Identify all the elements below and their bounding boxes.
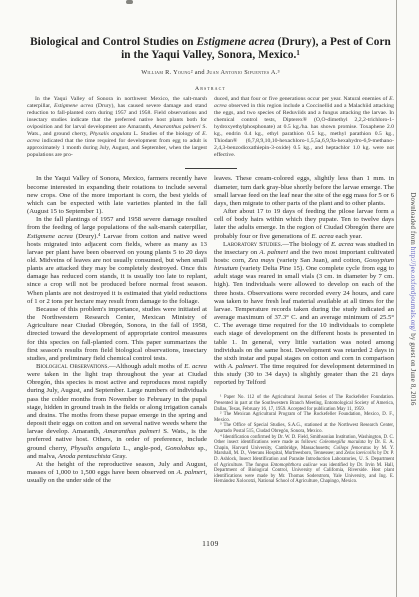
body-paragraph: Because of this problem's importance, st… — [27, 306, 207, 363]
body-column-left: In the Yaqui Valley of Sonora, Mexico, f… — [27, 175, 207, 485]
body-paragraph: After about 17 to 19 days of feeding the… — [214, 208, 394, 241]
author-line: William R. Young² and Juan Antonio Sifue… — [27, 69, 394, 76]
abstract-heading: Abstract — [27, 86, 394, 92]
download-provenance-note: Downloaded from http://jee.oxfordjournal… — [409, 192, 416, 405]
body-paragraph: Laboratory Studies.—The biology of E. ac… — [214, 241, 394, 388]
body-section: In the Yaqui Valley of Sonora, Mexico, f… — [27, 175, 394, 485]
abstract-section: In the Yaqui Valley of Sonora in northwe… — [27, 96, 394, 159]
footnote-4: ⁴ Identification confirmed by Dr. W. D. … — [214, 435, 394, 485]
abstract-column-right: duced, and that four or five generations… — [214, 96, 394, 159]
section-divider-rule — [185, 168, 237, 169]
journal-url-link[interactable]: http://jee.oxfordjournals.org/ — [409, 246, 416, 330]
journal-page: Biological and Control Studies on Estigm… — [0, 0, 419, 597]
page-content: Biological and Control Studies on Estigm… — [27, 0, 394, 485]
download-note-suffix: by guest on June 8, 2016 — [409, 331, 416, 405]
body-column-right: leaves. These cream-colored eggs, slight… — [214, 175, 394, 485]
page-number: 1109 — [27, 539, 394, 548]
download-note-prefix: Downloaded from — [409, 192, 416, 247]
body-paragraph: In the Yaqui Valley of Sonora, Mexico, f… — [27, 175, 207, 216]
footnote-2: ² The Mexican Agricultural Program of Th… — [214, 412, 394, 423]
footnote-3: ³ The Office of Special Studies, S.A.G.,… — [214, 423, 394, 434]
footnotes-block: ¹ Paper No. 112 of the Agricultural Jour… — [214, 395, 394, 485]
footnote-1: ¹ Paper No. 112 of the Agricultural Jour… — [214, 395, 394, 412]
body-paragraph: At the height of the reproductive season… — [27, 461, 207, 485]
body-paragraph: In the fall plantings of 1957 and 1958 s… — [27, 216, 207, 306]
abstract-column-left: In the Yaqui Valley of Sonora in northwe… — [27, 96, 207, 159]
body-paragraph: Biological Observations.—Although adult … — [27, 363, 207, 461]
body-paragraph: leaves. These cream-colored eggs, slight… — [214, 175, 394, 208]
page-edge-rule — [396, 0, 397, 597]
paper-title: Biological and Control Studies on Estigm… — [27, 36, 394, 62]
